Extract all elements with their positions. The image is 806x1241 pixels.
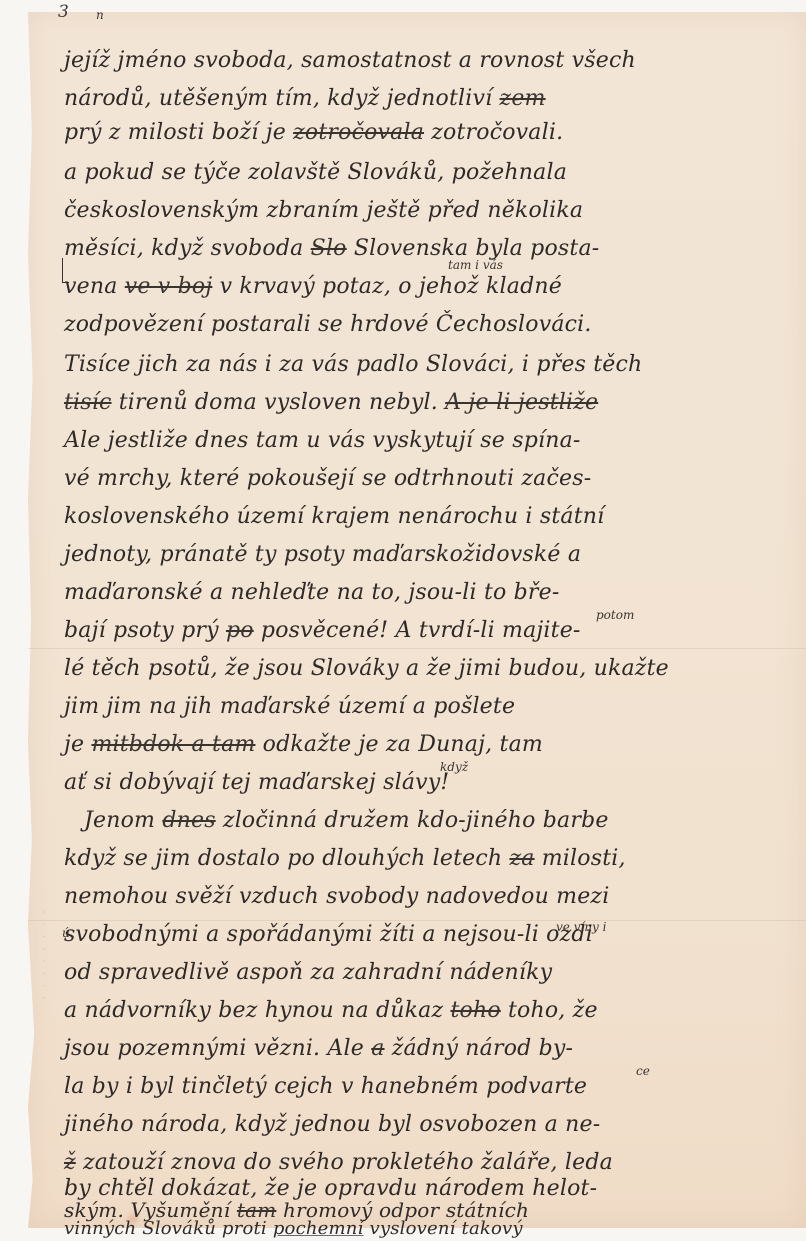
manuscript-line: nemohou svěží vzduch svobody nadovedou m…	[64, 884, 794, 909]
manuscript-line: zodpovězení postarali se hrdové Čechoslo…	[64, 312, 794, 337]
manuscript-line: prý z milosti boží je zotročovala zotroč…	[64, 120, 794, 145]
manuscript-line: vena ve v boj v krvavý potaz, o jehož kl…	[64, 274, 794, 299]
manuscript-line: a nádvorníky bez hynou na důkaz toho toh…	[64, 998, 794, 1023]
manuscript-line: jiného národa, když jednou byl osvobozen…	[64, 1112, 794, 1137]
manuscript-line: Jenom dnes zločinná družem kdo-jiného ba…	[84, 808, 806, 833]
manuscript-line: od spravedlivě aspoň za zahradní nádeník…	[64, 960, 794, 985]
manuscript-line: la by i byl tinčletý cejch v hanebném po…	[64, 1074, 794, 1099]
paper-fold-crease	[28, 920, 806, 921]
manuscript-line: tisíc tirenů doma vysloven nebyl. A je-l…	[64, 390, 794, 415]
manuscript-line: Ale jestliže dnes tam u vás vyskytují se…	[64, 428, 794, 453]
manuscript-line: vé mrchy, které pokoušejí se odtrhnouti …	[64, 466, 794, 491]
manuscript-line: a pokud se týče zolavště Slováků, požehn…	[64, 160, 794, 185]
manuscript-line: československým zbraním ještě před někol…	[64, 198, 794, 223]
manuscript-line: jsou pozemnými vězni. Ale a žádný národ …	[64, 1036, 794, 1061]
manuscript-line: když se jim dostalo po dlouhých letech z…	[64, 846, 794, 871]
paper-fold-crease	[28, 648, 806, 649]
manuscript-line: lé těch psotů, že jsou Slováky a že jimi…	[64, 656, 794, 681]
manuscript-line: jim jim na jih maďarské území a pošlete	[64, 694, 794, 719]
manuscript-line: národů, utěšeným tím, když jednotliví ze…	[64, 86, 794, 111]
manuscript-line: maďaronské a nehleďte na to, jsou-li to …	[64, 580, 794, 605]
bleed-through-stamp: · · · · · · · ·	[38, 740, 56, 1000]
manuscript-line: jejíž jméno svoboda, samostatnost a rovn…	[64, 48, 794, 73]
manuscript-line: ať si dobývají tej maďarskej slávy!	[64, 770, 794, 795]
manuscript-line: ž zatouží znova do svého prokletého žalá…	[64, 1150, 794, 1175]
insertion-note: n	[96, 8, 104, 22]
manuscript-line: koslovenského území krajem nenárochu i s…	[64, 504, 794, 529]
manuscript-line: vinných Slováků proti pochemní vyslovení…	[64, 1218, 794, 1239]
manuscript-line: bají psoty prý po posvěcené! A tvrdí-li …	[64, 618, 794, 643]
manuscript-line: svobodnými a spořádanými žíti a nejsou-l…	[64, 922, 794, 947]
manuscript-line: jednoty, pránatě ty psoty maďarskožidovs…	[64, 542, 794, 567]
page-number: 3	[58, 2, 69, 22]
manuscript-line: měsíci, když svoboda Slo Slovenska byla …	[64, 236, 794, 261]
manuscript-line: je mitbdok a tam odkažte je za Dunaj, ta…	[64, 732, 794, 757]
manuscript-line: Tisíce jich za nás i za vás padlo Slovác…	[64, 352, 794, 377]
